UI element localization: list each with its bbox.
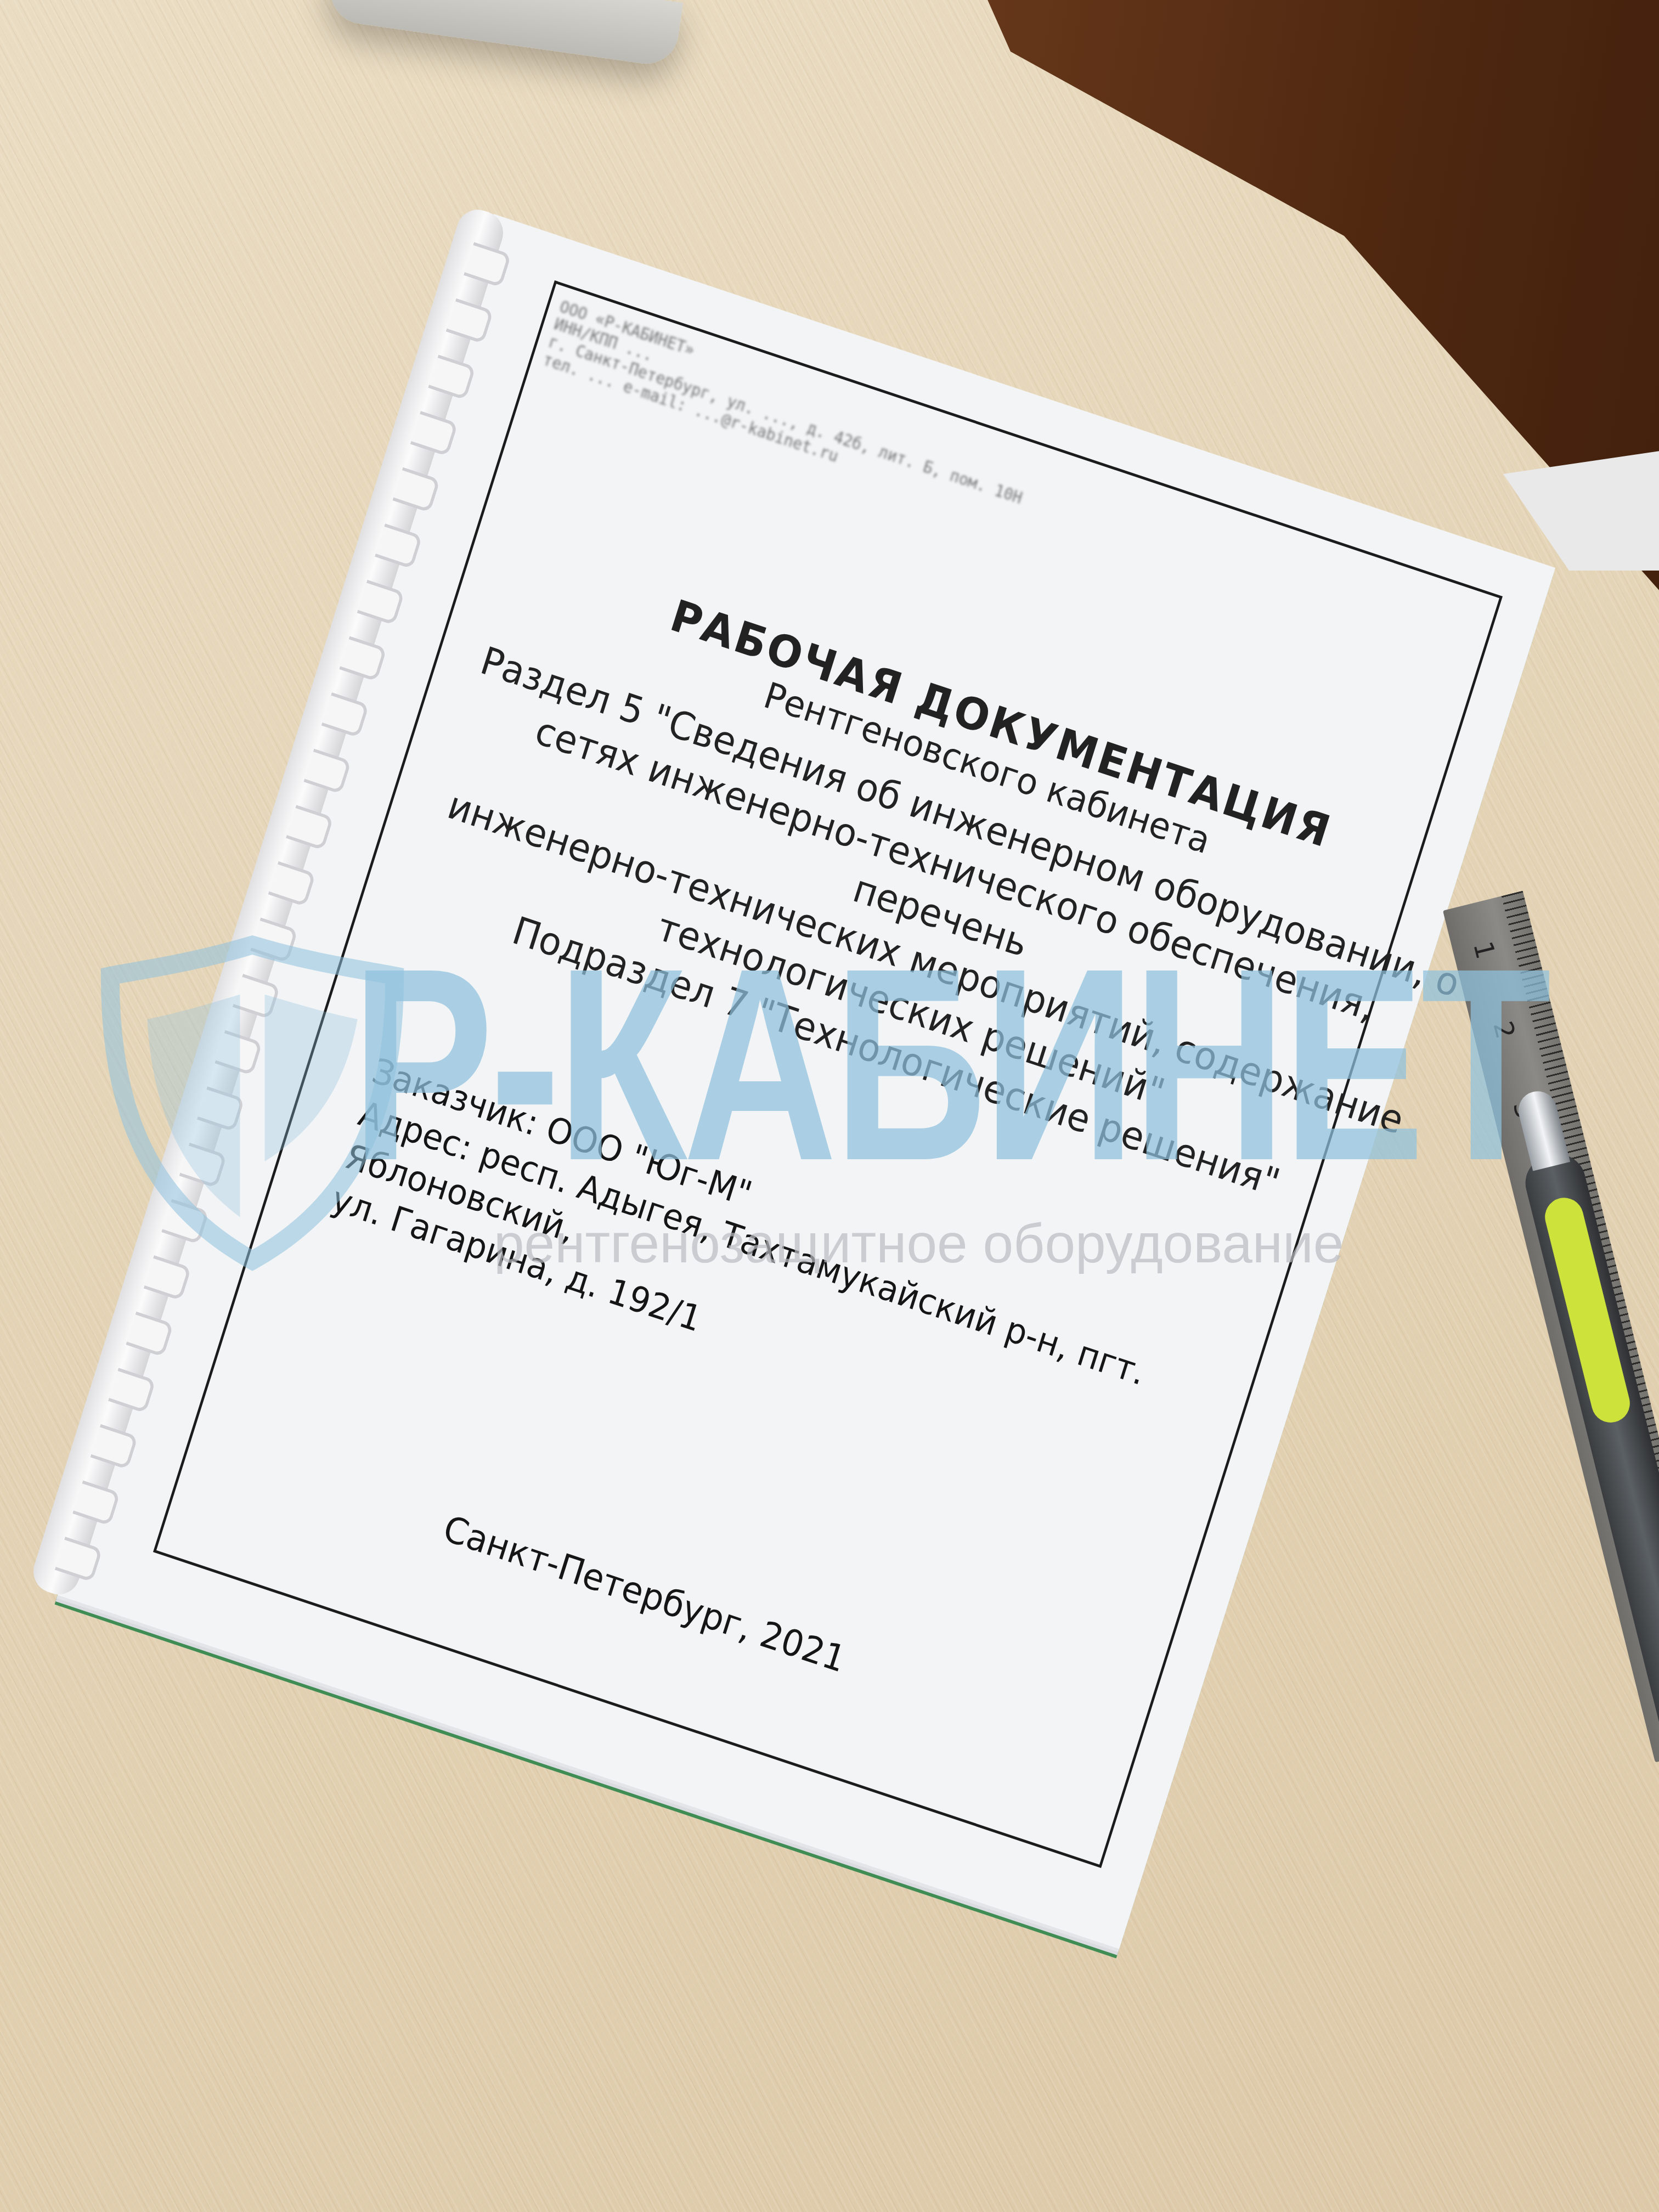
cover-page: ООО «Р-КАБИНЕТ» ИНН/КПП ... г. Санкт-Пет… xyxy=(58,214,1555,1949)
comb-tooth xyxy=(197,1086,245,1132)
comb-tooth xyxy=(126,1311,174,1357)
comb-tooth xyxy=(250,917,298,963)
comb-tooth xyxy=(392,467,441,513)
ruler-number: 1 xyxy=(1467,938,1501,962)
comb-tooth xyxy=(268,861,316,907)
comb-tooth xyxy=(445,298,494,345)
comb-tooth xyxy=(303,748,352,794)
comb-tooth xyxy=(375,523,423,569)
comb-tooth xyxy=(286,805,334,851)
comb-tooth xyxy=(428,354,476,400)
page-frame: ООО «Р-КАБИНЕТ» ИНН/КПП ... г. Санкт-Пет… xyxy=(153,280,1503,1868)
comb-tooth xyxy=(321,692,370,738)
comb-tooth xyxy=(72,1480,121,1526)
ruler-number: 2 xyxy=(1487,1018,1521,1042)
comb-tooth xyxy=(464,242,512,288)
comb-tooth xyxy=(410,411,459,457)
comb-tooth xyxy=(55,1537,103,1583)
comb-tooth xyxy=(339,636,387,682)
comb-tooth xyxy=(161,1199,210,1245)
comb-tooth xyxy=(179,1143,227,1189)
stamp-line: ИНН/КПП ... xyxy=(552,315,1002,481)
comb-tooth xyxy=(233,974,281,1020)
comb-tooth xyxy=(357,580,405,626)
comb-tooth xyxy=(144,1255,192,1301)
company-stamp: ООО «Р-КАБИНЕТ» ИНН/КПП ... г. Санкт-Пет… xyxy=(540,297,1007,516)
stamp-line: г. Санкт-Петербург, ул. ..., д. 42б, лит… xyxy=(546,333,996,499)
bound-document: ООО «Р-КАБИНЕТ» ИНН/КПП ... г. Санкт-Пет… xyxy=(0,0,1659,2212)
comb-tooth xyxy=(215,1030,263,1076)
